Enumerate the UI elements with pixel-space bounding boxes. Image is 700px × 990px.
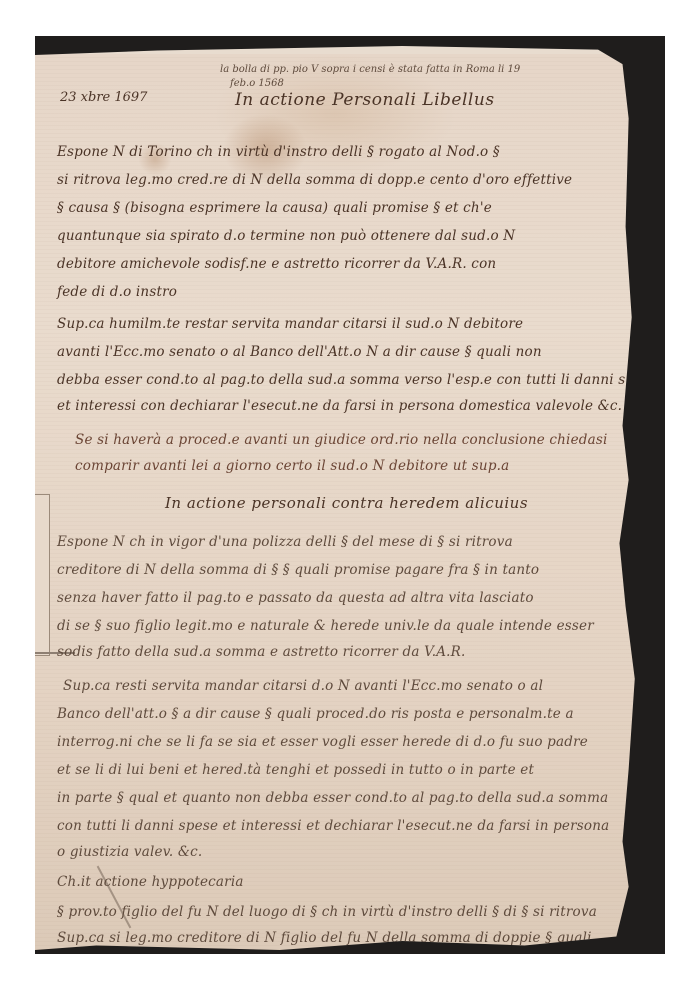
manuscript-page: la bolla di pp. pio V sopra i censi è st…	[35, 46, 647, 950]
text-line: § prov.to figlio del fu N del luogo di §…	[57, 904, 597, 920]
text-line: Se si haverà a proced.e avanti un giudic…	[75, 432, 608, 448]
text-line: § causa § (bisogna esprimere la causa) q…	[57, 200, 492, 216]
text-line: quantunque sia spirato d.o termine non p…	[57, 228, 515, 244]
document-date: 23 xbre 1697	[60, 90, 147, 105]
section-heading-3: Ch.it actione hyppotecaria	[57, 874, 244, 890]
text-line: et se li di lui beni et hered.tà tenghi …	[57, 762, 534, 778]
text-line: fede di d.o instro	[57, 284, 177, 300]
text-line: sodis fatto della sud.a somma e astretto…	[57, 644, 466, 660]
margin-note-line-2: feb.o 1568	[230, 78, 284, 89]
text-line: o giustizia valev. &c.	[57, 844, 202, 860]
text-line: si ritrova leg.mo cred.re di N della som…	[57, 172, 572, 188]
text-line: in parte § qual et quanto non debba esse…	[57, 790, 608, 806]
text-line: di se § suo figlio legit.mo e naturale &…	[57, 618, 594, 634]
text-line: Sup.ca humilm.te restar servita mandar c…	[57, 316, 523, 332]
text-line: senza haver fatto il pag.to e passato da…	[57, 590, 534, 606]
folded-paper-strip	[35, 494, 50, 656]
text-line: Espone N ch in vigor d'una polizza delli…	[57, 534, 513, 550]
text-line: Banco dell'att.o § a dir cause § quali p…	[57, 706, 574, 722]
text-line: debitore amichevole sodisf.ne e astretto…	[57, 256, 496, 272]
text-line: comparir avanti lei a giorno certo il su…	[75, 458, 509, 474]
text-line: et interessi con dechiarar l'esecut.ne d…	[57, 398, 622, 414]
text-line: avanti l'Ecc.mo senato o al Banco dell'A…	[57, 344, 542, 360]
section-heading-2: In actione personali contra heredem alic…	[165, 494, 528, 512]
text-line: interrog.ni che se li fa se sia et esser…	[57, 734, 588, 750]
text-line: debba esser cond.to al pag.to della sud.…	[57, 372, 658, 388]
margin-note-line-1: la bolla di pp. pio V sopra i censi è st…	[220, 64, 520, 75]
text-line: Espone N di Torino ch in virtù d'instro …	[57, 144, 500, 160]
text-line: con tutti li danni spese et interessi et…	[57, 818, 609, 834]
text-line: Sup.ca resti servita mandar citarsi d.o …	[63, 678, 543, 694]
text-line: creditore di N della somma di § § quali …	[57, 562, 539, 578]
text-line: Sup.ca si leg.mo creditore di N figlio d…	[57, 930, 592, 946]
section-heading-1: In actione Personali Libellus	[235, 90, 495, 110]
